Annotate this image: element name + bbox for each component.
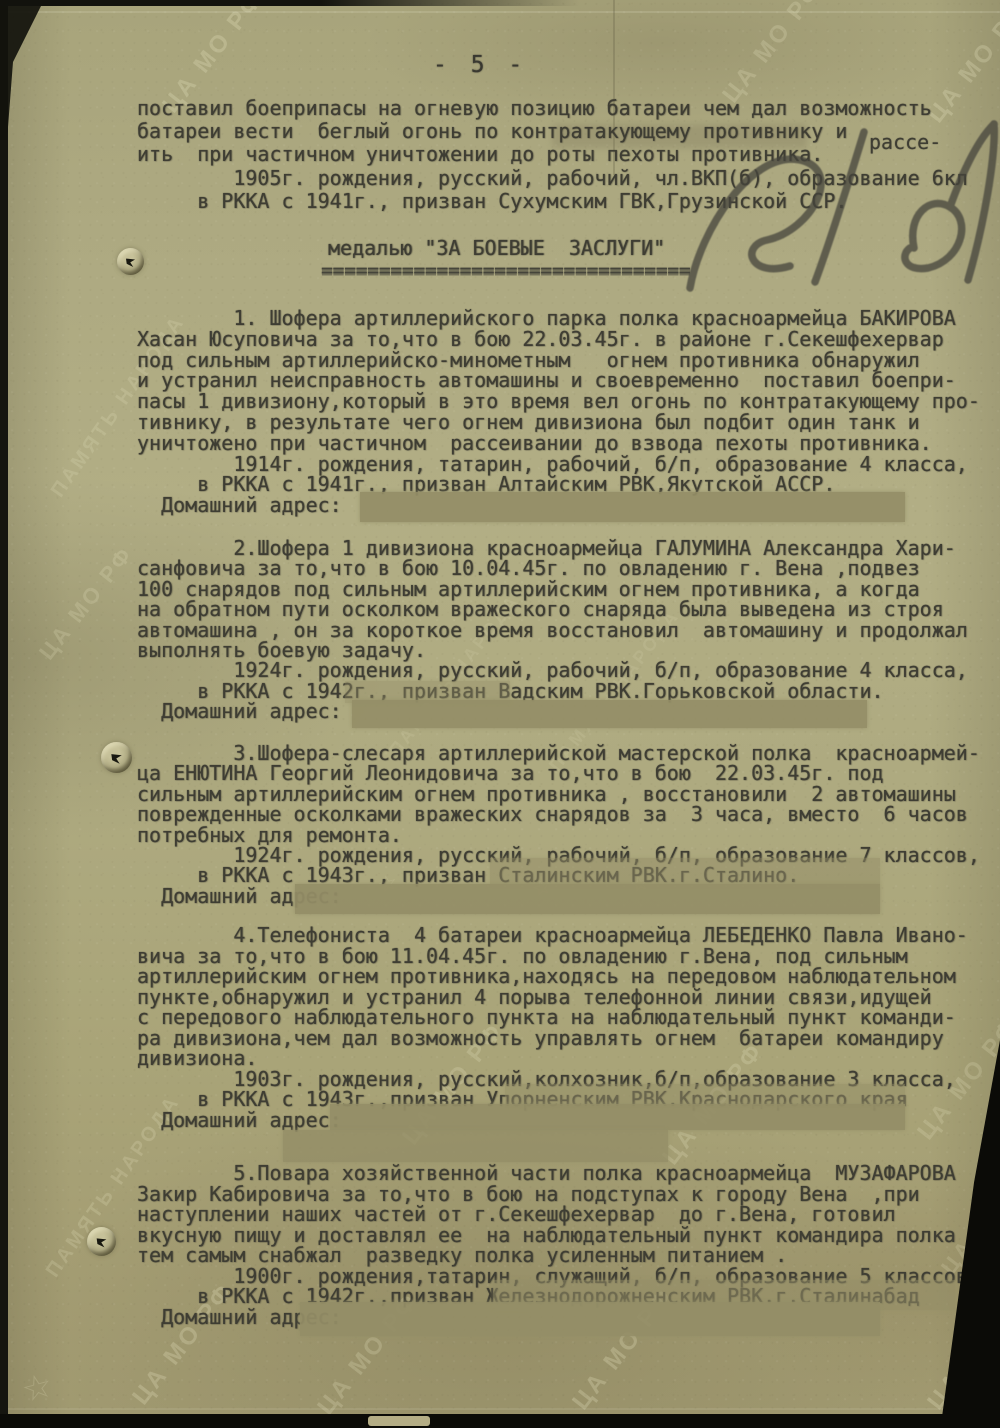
typed-line: в РККА с 1941г., призван Сухумским ГВК,Г… [137,191,847,213]
paper-crease [0,11,1000,13]
document-scan: ЦА МО РФЦА МО РФЦА МО РФПАМЯТЬ НАРОДАЦА … [0,0,1000,1428]
star-watermark-icon: ☆ [17,1365,57,1412]
typed-line: ра дивизиона,чем дал возможность управля… [137,1028,944,1050]
archive-watermark: ЦА МО РФ [717,0,830,109]
typed-line: ить при частичном уничтожении до роты пе… [137,144,823,166]
typed-line: Домашний адрес: [137,495,342,517]
redaction-box [295,884,880,914]
paper-crease [0,1408,1000,1410]
archive-watermark: ЦА МО РФ [922,0,1000,129]
scan-edge-top-left [0,0,44,140]
redaction-box [352,700,867,728]
typed-line: Домашний адрес: [137,701,342,723]
document-page: ЦА МО РФЦА МО РФЦА МО РФПАМЯТЬ НАРОДАЦА … [0,0,1000,1428]
redaction-box [360,492,905,522]
medal-title: медалью "ЗА БОЕВЫЕ ЗАСЛУГИ" [328,236,665,260]
redaction-box [300,1302,880,1336]
scan-edge-left [0,0,8,1428]
scan-edge-bottom [0,1414,1000,1428]
medal-title-underline: ================================ [321,258,690,282]
punch-hole [101,742,132,773]
paper-fragment [368,1416,430,1426]
redaction-box [283,1130,668,1162]
typed-line: Домашний адрес: [137,1110,342,1132]
scan-edge-top [0,0,580,6]
typed-insert-word: рассе- [869,130,941,154]
redaction-box [330,1104,905,1130]
punch-hole [117,248,144,275]
typed-line: батареи вести беглый огонь по контратаку… [137,121,847,143]
page-number: - 5 - [433,52,527,78]
redaction-box [490,858,880,884]
typed-line: 1905г. рождения, русский, рабочий, чл.ВК… [137,168,968,190]
punch-hole [87,1227,116,1256]
archive-watermark: ЦА МО РФ [34,541,139,665]
typed-line: поставил боеприпасы на огневую позицию б… [137,98,932,120]
